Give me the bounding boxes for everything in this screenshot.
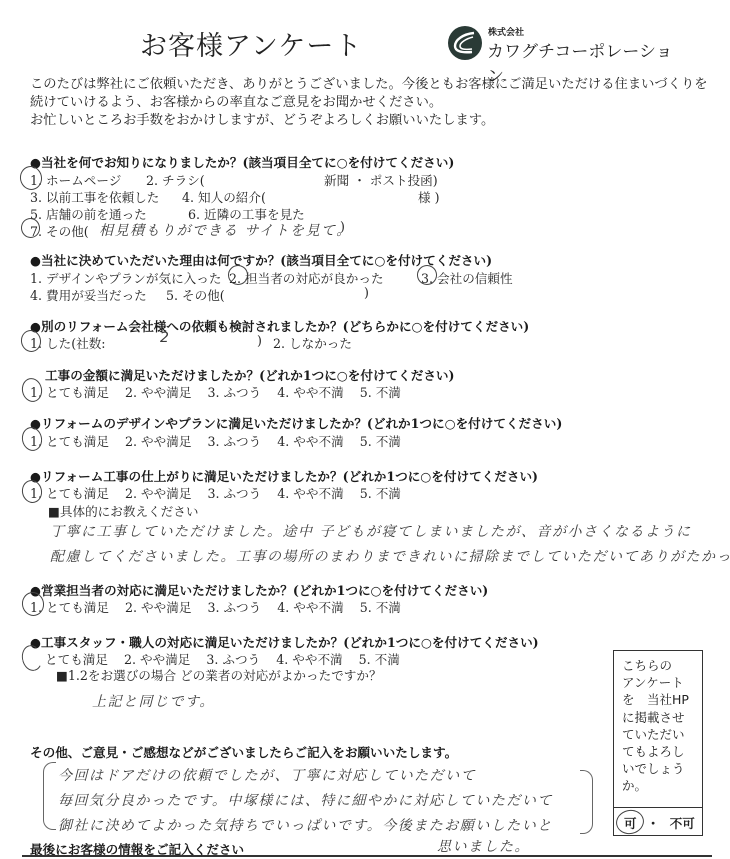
rating-option-4[interactable]: 4. やや不満 [277,434,343,449]
comments-line-2: 毎回気分良かったです。中塚様には、特に細やかに対応していただいて [58,790,553,810]
hp-text-line: を 当社HP [622,691,702,708]
company-logo: 株式会社 カワグチコーポレーション [448,24,688,62]
company-logo-icon [448,26,482,60]
q2-option-5-close: ) [364,285,369,300]
q1-question: ●当社を何でお知りになりましたか？(該当項目全てに○を付けてください) [30,152,454,171]
divider [614,807,702,808]
q6-answer-line-1: 丁寧に工事していただけました。途中 子どもが寝てしまいましたが、音が小さくなるよ… [50,521,691,541]
rating-option-5[interactable]: 5. 不満 [360,385,401,400]
q3-option-1-close: ) [257,333,262,348]
hp-permission-text: こちらの アンケート を 当社HP に掲載させ ていただい てもよろし いでしょ… [622,657,702,795]
q6-answer-line-2: 配慮してくださいました。工事の場所のまわりまできれいに掃除までしていただいてあり… [50,546,730,566]
q6-detail-label: ■具体的にお教えください [48,501,198,520]
intro-line: お忙しいところお手数をおかけしますが、どうぞよろしくお願いいたします。 [30,112,720,130]
hp-permission-box: こちらの アンケート を 当社HP に掲載させ ていただい てもよろし いでしょ… [613,650,703,836]
rating-option-4[interactable]: 4. やや不満 [277,385,343,400]
comments-line-1: 今回はドアだけの依頼でしたが、丁寧に対応していただいて [58,765,476,785]
q8-answer: 上記と同じです。 [92,691,215,711]
hp-text-line: か。 [622,777,702,794]
bracket-left [43,762,56,830]
selection-circle [614,807,646,836]
q3-option-2[interactable]: 2. しなかった [273,333,352,352]
hp-text-line: てもよろし [622,743,702,760]
q1-option-4-suffix: 様 ) [418,187,440,206]
q2-option-4[interactable]: 4. 費用が妥当だった [30,285,147,304]
q6-options: 1. とても満足 2. やや満足 3. ふつう 4. やや不満 5. 不満 [30,483,401,502]
bracket-right [580,770,593,834]
q5-options: 1. とても満足 2. やや満足 3. ふつう 4. やや不満 5. 不満 [30,431,401,450]
q5-question: ●リフォームのデザインやプランに満足いただけましたか？(どれか1つに○を付けてく… [30,413,562,432]
hp-option-separator: ・ [647,816,660,831]
q3-company-count: 2 [160,330,170,346]
q1-option-7-close: ) [340,219,345,234]
hp-text-line: こちらの [622,657,702,674]
hp-option-no[interactable]: 不可 [670,816,695,831]
intro-text: このたびは弊社にご依頼いただき、ありがとうございました。今後ともお客様にご満足い… [30,76,720,130]
comments-label: その他、ご意見・ご感想などがございましたらご記入をお願いいたします。 [30,742,457,761]
q8-detail-label: ■1.2をお選びの場合 どの業者の対応がよかったですか？ [56,665,382,684]
rating-option-4[interactable]: 4. やや不満 [277,600,343,615]
rating-option-5[interactable]: 5. 不満 [360,486,401,501]
rating-option-3[interactable]: 3. ふつう [207,600,261,615]
comments-line-4: 思いました。 [437,836,530,856]
q7-options: 1. とても満足 2. やや満足 3. ふつう 4. やや不満 5. 不満 [30,597,401,616]
divider [22,855,712,857]
rating-option-2[interactable]: 2. やや満足 [125,385,191,400]
rating-option-2[interactable]: 2. やや満足 [125,486,191,501]
q2-option-5[interactable]: 5. その他( [166,285,225,304]
hp-text-line: に掲載させ [622,709,702,726]
q3-option-1[interactable]: 1. した(社数: [30,333,106,352]
rating-option-5[interactable]: 5. 不満 [360,600,401,615]
hp-text-line: ていただい [622,726,702,743]
rating-option-4[interactable]: 4. やや不満 [277,486,343,501]
page-title: お客様アンケート [140,24,362,63]
intro-line: このたびは弊社にご依頼いただき、ありがとうございました。今後ともお客様にご満足い… [30,76,720,94]
rating-option-3[interactable]: 3. ふつう [207,385,261,400]
intro-line: 続けていけるよう、お客様からの率直なご意見をお聞かせください。 [30,94,720,112]
rating-option-2[interactable]: 2. やや満足 [125,434,191,449]
q1-other-answer: 相見積もりができる サイトを見て。 [99,220,352,240]
rating-option-3[interactable]: 3. ふつう [207,434,261,449]
comments-line-3: 御社に決めてよかった気持ちでいっぱいです。今後またお願いしたいと [58,815,553,835]
rating-option-5[interactable]: 5. 不満 [360,434,401,449]
hp-text-line: いでしょう [622,760,702,777]
rating-option-2[interactable]: 2. やや満足 [125,600,191,615]
hp-text-line: アンケート [622,674,702,691]
q2-option-2[interactable]: 2. 担当者の対応が良かった [229,268,384,287]
rating-option-3[interactable]: 3. ふつう [207,486,261,501]
q4-options: 1. とても満足 2. やや満足 3. ふつう 4. やや不満 5. 不満 [30,382,401,401]
